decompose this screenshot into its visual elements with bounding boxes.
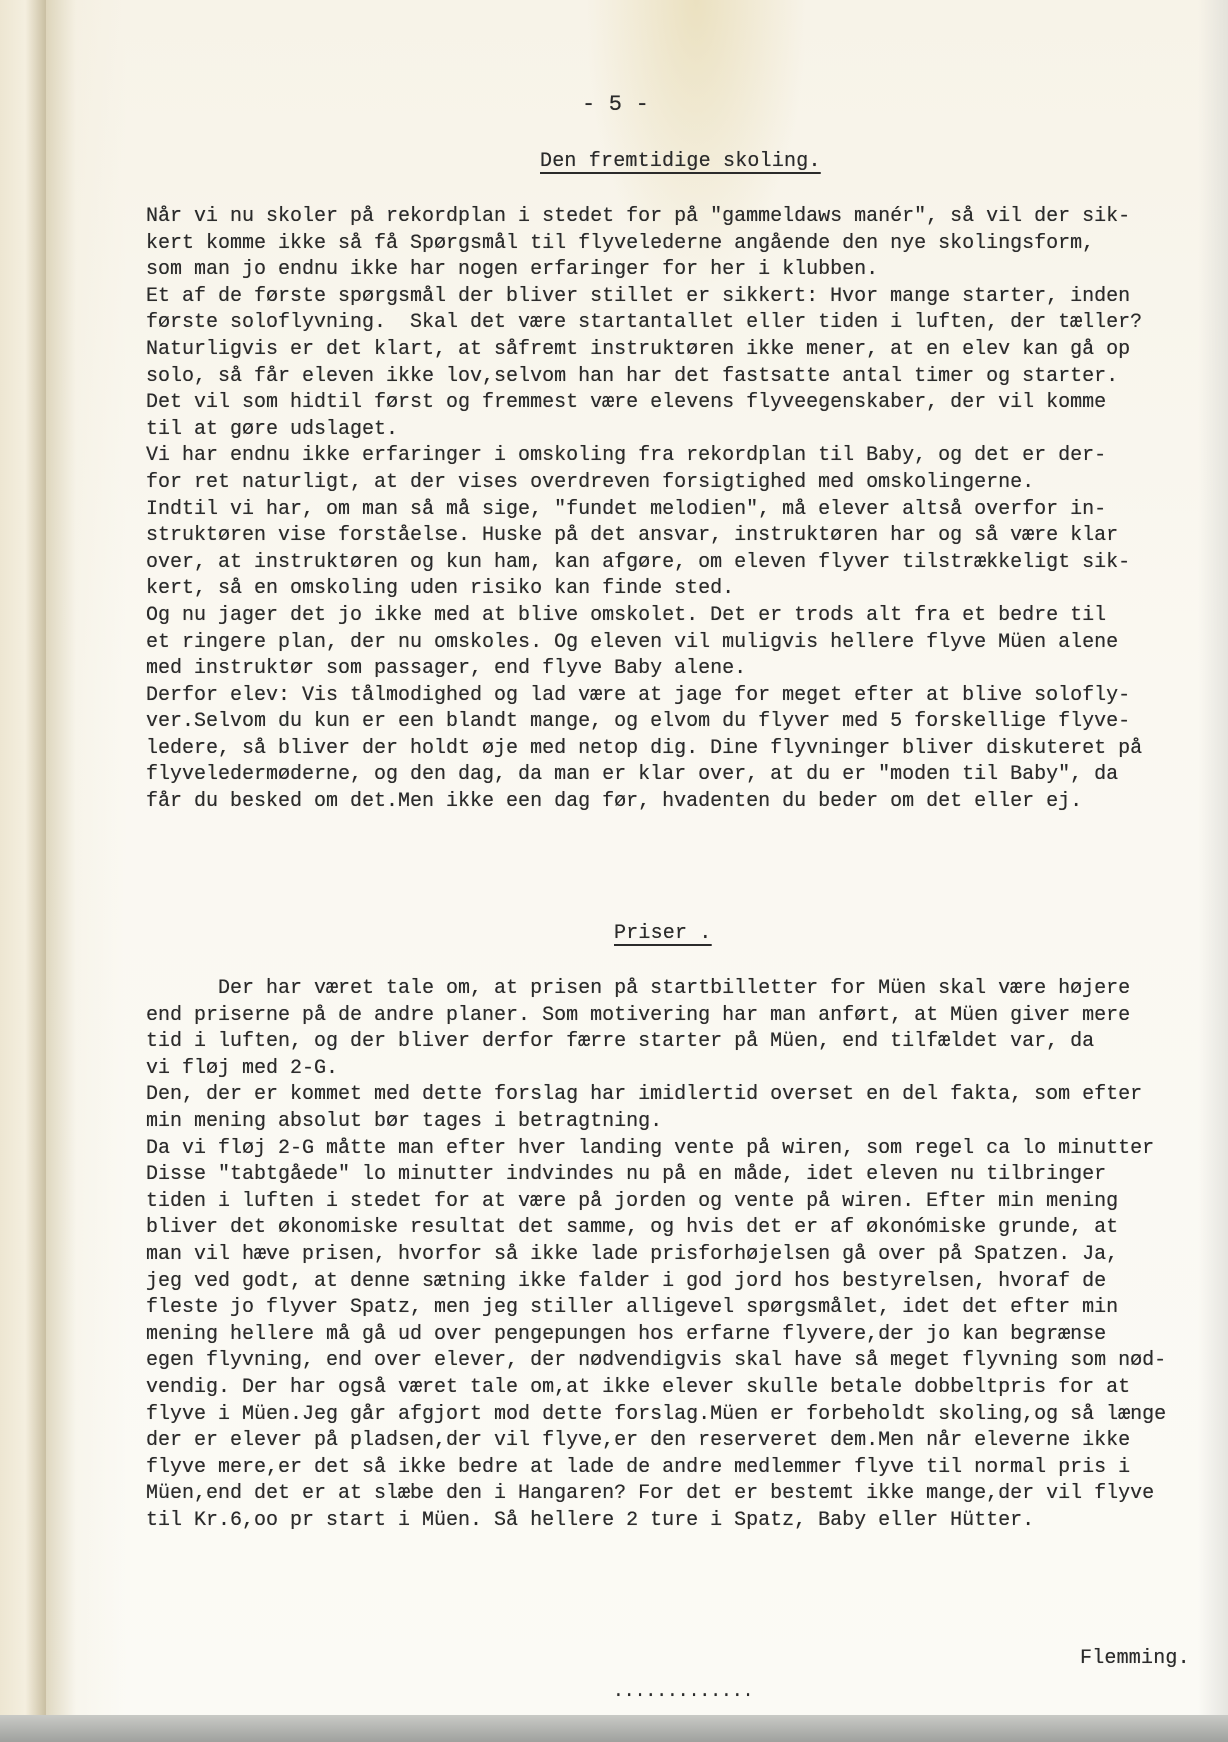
text-line: man vil hæve prisen, hvorfor så ikke lad… (146, 1242, 1228, 1269)
text-line: Den, der er kommet med dette forslag har… (146, 1082, 1228, 1109)
text-line: min mening absolut bør tages i betragtni… (146, 1109, 1228, 1136)
text-line: mening hellere må gå ud over pengepungen… (146, 1322, 1228, 1349)
text-line: flyve i Müen.Jeg går afgjort mod dette f… (146, 1402, 1228, 1429)
text-line: jeg ved godt, at denne sætning ikke fald… (146, 1269, 1228, 1296)
text-line: Derfor elev: Vis tålmodighed og lad være… (146, 683, 1228, 710)
text-line: Og nu jager det jo ikke med at blive oms… (146, 603, 1228, 630)
text-line: et ringere plan, der nu omskoles. Og ele… (146, 630, 1228, 657)
author-signature: Flemming. (1080, 1647, 1190, 1670)
text-line: ledere, så bliver der holdt øje med neto… (146, 736, 1228, 763)
text-line: Vi har endnu ikke erfaringer i omskoling… (146, 443, 1228, 470)
section-heading-skoling: Den fremtidige skoling. (540, 150, 821, 173)
text-line: struktøren vise forståelse. Huske på det… (146, 523, 1228, 550)
text-line: med instruktør som passager, end flyve B… (146, 656, 1228, 683)
text-line: Naturligvis er det klart, at såfremt ins… (146, 337, 1228, 364)
section-heading-priser: Priser . (614, 922, 712, 945)
text-line: kert komme ikke så få Spørgsmål til flyv… (146, 231, 1228, 258)
text-line: ver.Selvom du kun er een blandt mange, o… (146, 709, 1228, 736)
section-body-skoling: Når vi nu skoler på rekordplan i stedet … (146, 204, 1228, 816)
binder-edge (0, 0, 46, 1742)
text-line: for ret naturligt, at der vises overdrev… (146, 470, 1228, 497)
text-line: Indtil vi har, om man så må sige, "funde… (146, 497, 1228, 524)
text-line: tiden i luften i stedet for at være på j… (146, 1189, 1228, 1216)
section-body-priser: Der har været tale om, at prisen på star… (146, 976, 1228, 1534)
text-line: egen flyvning, end over elever, der nødv… (146, 1348, 1228, 1375)
text-line: end priserne på de andre planer. Som mot… (146, 1003, 1228, 1030)
text-line: som man jo endnu ikke har nogen erfaring… (146, 257, 1228, 284)
text-line: flyveledermøderne, og den dag, da man er… (146, 762, 1228, 789)
text-line: solo, så får eleven ikke lov,selvom han … (146, 364, 1228, 391)
text-line: flyve mere,er det så ikke bedre at lade … (146, 1455, 1228, 1482)
text-line: vendig. Der har også været tale om,at ik… (146, 1375, 1228, 1402)
page-number: - 5 - (582, 92, 649, 117)
end-separator: ............. (613, 1682, 753, 1702)
text-line: første soloflyvning. Skal det være start… (146, 310, 1228, 337)
text-line: Det vil som hidtil først og fremmest vær… (146, 390, 1228, 417)
text-line: bliver det økonomiske resultat det samme… (146, 1215, 1228, 1242)
text-line: der er elever på pladsen,der vil flyve,e… (146, 1428, 1228, 1455)
text-line: får du besked om det.Men ikke een dag fø… (146, 789, 1228, 816)
text-line: Disse "tabtgåede" lo minutter indvindes … (146, 1162, 1228, 1189)
text-line: tid i luften, og der bliver derfor færre… (146, 1029, 1228, 1056)
text-line: Et af de første spørgsmål der bliver sti… (146, 284, 1228, 311)
text-line: til at gøre udslaget. (146, 417, 1228, 444)
text-line: til Kr.6,oo pr start i Müen. Så hellere … (146, 1508, 1228, 1535)
text-line: fleste jo flyver Spatz, men jeg stiller … (146, 1295, 1228, 1322)
scan-background (0, 1715, 1228, 1742)
text-line: Der har været tale om, at prisen på star… (146, 976, 1228, 1003)
text-line: kert, så en omskoling uden risiko kan fi… (146, 576, 1228, 603)
text-line: over, at instruktøren og kun ham, kan af… (146, 550, 1228, 577)
text-line: Müen,end det er at slæbe den i Hangaren?… (146, 1481, 1228, 1508)
text-line: Da vi fløj 2-G måtte man efter hver land… (146, 1136, 1228, 1163)
text-line: Når vi nu skoler på rekordplan i stedet … (146, 204, 1228, 231)
text-line: vi fløj med 2-G. (146, 1056, 1228, 1083)
